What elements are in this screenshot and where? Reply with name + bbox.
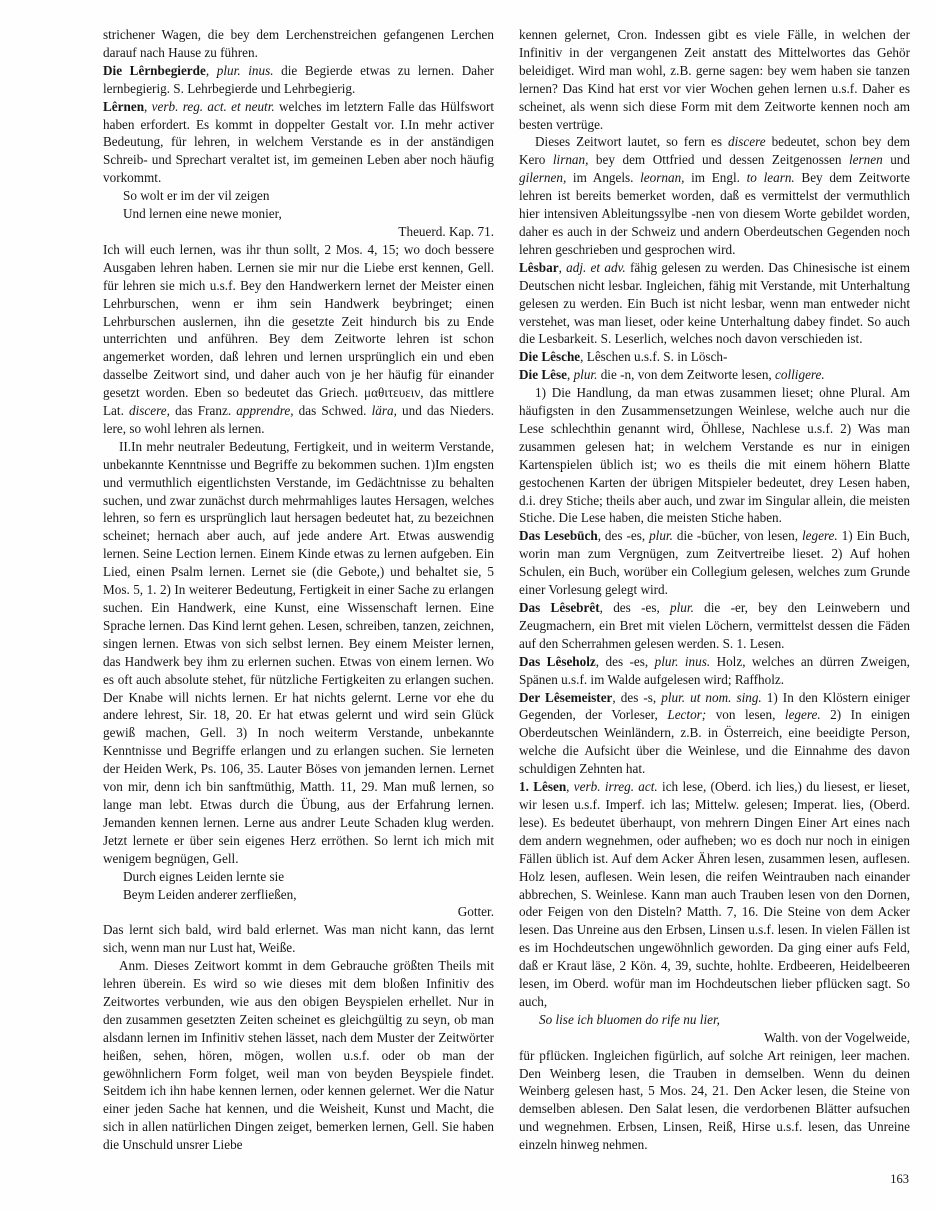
left-column: strichener Wagen, die bey dem Lerchenstr… bbox=[103, 26, 494, 1154]
right-column: kennen gelernet, Cron. Indessen gibt es … bbox=[519, 26, 910, 1154]
continuation-paragraph: kennen gelernet, Cron. Indessen gibt es … bbox=[519, 26, 910, 133]
verse-line: So lise ich bluomen do rife nu lier, bbox=[519, 1011, 910, 1029]
paragraph-examples: Das lernt sich bald, wird bald erlernet.… bbox=[103, 921, 494, 957]
verse-line: Beym Leiden anderer zerfließen, bbox=[103, 886, 494, 904]
entry-lesebuch: Das Lesebūch, des -es, plur. die -būcher… bbox=[519, 527, 910, 599]
paragraph-meaning-2: II.In mehr neutraler Bedeutung, Fertigke… bbox=[103, 438, 494, 868]
paragraph-continuation: für pflücken. Ingleichen figürlich, auf … bbox=[519, 1047, 910, 1154]
verse-line: Und lernen eine newe monier, bbox=[103, 205, 494, 223]
entry-lese: Die Lêse, plur. die -n, von dem Zeitwort… bbox=[519, 366, 910, 384]
entry-lesen-1: 1. Lêsen, verb. irreg. act. ich lese, (O… bbox=[519, 778, 910, 1011]
paragraph-lese-meanings: 1) Die Handlung, da man etwas zusammen l… bbox=[519, 384, 910, 527]
paragraph-anmerkung: Anm. Dieses Zeitwort kommt in dem Gebrau… bbox=[103, 957, 494, 1154]
verse-line: Durch eignes Leiden lernte sie bbox=[103, 868, 494, 886]
verse-line: So wolt er im der vil zeigen bbox=[103, 187, 494, 205]
citation: Theuerd. Kap. 71. bbox=[103, 223, 494, 241]
entry-lesebret: Das Lêsebrêt, des -es, plur. die -er, be… bbox=[519, 599, 910, 653]
paragraph-examples: Ich will euch lernen, was ihr thun sollt… bbox=[103, 241, 494, 438]
entry-lernbegierde: Die Lêrnbegierde, plur. inus. die Begier… bbox=[103, 62, 494, 98]
entry-lesemeister: Der Lêsemeister, des -s, plur. ut nom. s… bbox=[519, 689, 910, 779]
dictionary-page: strichener Wagen, die bey dem Lerchenstr… bbox=[0, 0, 935, 1210]
entry-lesbar: Lêsbar, adj. et adv. fähig gelesen zu we… bbox=[519, 259, 910, 349]
entry-lesche: Die Lêsche, Lêschen u.s.f. S. in Lösch- bbox=[519, 348, 910, 366]
citation: Gotter. bbox=[103, 903, 494, 921]
paragraph-etymology: Dieses Zeitwort lautet, so fern es disce… bbox=[519, 133, 910, 258]
page-number: 163 bbox=[519, 1171, 909, 1187]
citation: Walth. von der Vogelweide, bbox=[519, 1029, 910, 1047]
entry-lernen: Lêrnen, verb. reg. act. et neutr. welche… bbox=[103, 98, 494, 188]
entry-leseholz: Das Lêseholz, des -es, plur. inus. Holz,… bbox=[519, 653, 910, 689]
continuation-paragraph: strichener Wagen, die bey dem Lerchenstr… bbox=[103, 26, 494, 62]
